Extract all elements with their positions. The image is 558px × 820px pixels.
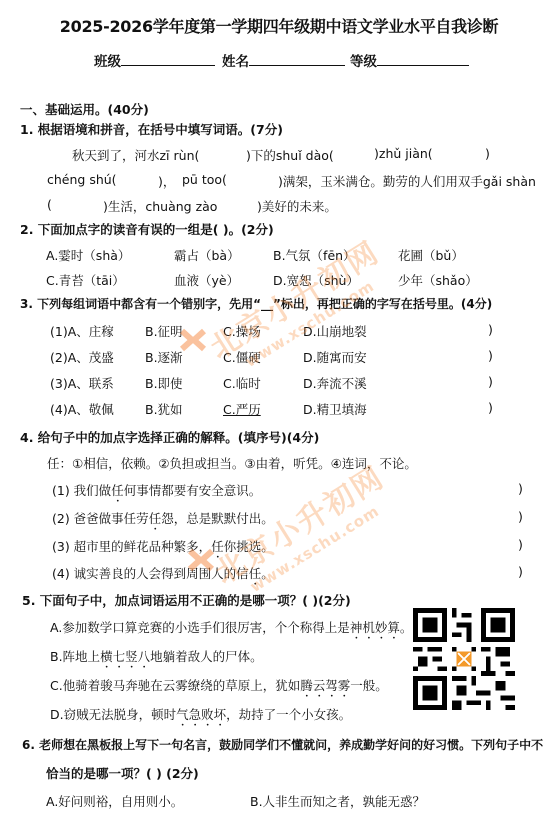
q2-option-d2: 少年（shǎo） (398, 271, 478, 289)
q4-item-3: (3) 超市里的鲜花品种繁多，任你挑选。 (52, 537, 274, 561)
q1-line1-c: )zhǔ jiàn( (374, 146, 433, 161)
q2-option-b1: B.气氛（fēn） (273, 246, 356, 264)
q1-line2-b: )， (158, 172, 175, 190)
q4-item1-pre: (1) 我们做 (52, 483, 111, 498)
q1-line2-c: pū too( (182, 172, 227, 187)
q4-item3-dotted: 任 (211, 539, 224, 554)
q3-row2-d: D.随寓而安 (303, 348, 367, 366)
q5-option-a: A.参加数学口算竞赛的小选手们很厉害，个个称得上是神机妙算。 (50, 618, 412, 642)
q3-row1-b: B.征明 (145, 322, 183, 340)
q4-item1-dotted: 任 (111, 483, 124, 498)
q3-row2-b: B.逐渐 (145, 348, 183, 366)
q4-item2-dotted: 任 (149, 511, 162, 526)
exam-page: 2025-2026学年度第一学期四年级期中语文学业水平自我诊断 班级 姓名 等级… (0, 0, 558, 820)
q4-stem: 4. 给句子中的加点字选择正确的解释。(填序号)(4分) (20, 428, 319, 446)
q4-item3-pre: (3) 超市里的鲜花品种繁多， (52, 539, 211, 554)
q3-row1-answer-paren[interactable]: ) (488, 322, 493, 337)
q5-c-post: 一般。 (350, 678, 388, 693)
q5-c-dotted: 腾云驾雾 (300, 678, 350, 693)
q5-d-post: ，劫持了一个小女孩。 (226, 707, 351, 722)
q2-option-d1: D.宽恕（shù） (273, 271, 359, 289)
grade-label: 等级 (350, 54, 377, 70)
q5-d-dotted: 气急败坏 (176, 707, 226, 722)
qr-code[interactable] (413, 608, 515, 710)
grade-blank[interactable] (377, 51, 469, 66)
q3-row4-a: (4)A、敬佩 (50, 400, 114, 418)
q3-row1-a: (1)A、庄稼 (50, 322, 114, 340)
class-blank[interactable] (121, 51, 215, 66)
q1-line3-c: )美好的未来。 (257, 197, 337, 215)
q1-line1-b: )下的shuǐ dào( (246, 146, 334, 164)
q3-row2-answer-paren[interactable]: ) (488, 348, 493, 363)
grade-field: 等级 (350, 50, 469, 70)
q3-row3-d: D.奔流不溪 (303, 374, 367, 392)
q3-row2-a: (2)A、茂盛 (50, 348, 114, 366)
name-field: 姓名 (222, 50, 345, 70)
q5-option-d: D.窃贼无法脱身，顿时气急败坏，劫持了一个小女孩。 (50, 705, 351, 729)
q4-item4-post: 。 (261, 566, 274, 581)
q4-item-4: (4) 诚实善良的人会得到周围人的信任。 (52, 564, 274, 588)
q5-d-pre: D.窃贼无法脱身，顿时 (50, 707, 176, 722)
qr-code-icon (413, 608, 515, 710)
q3-row2-c: C.僵硬 (223, 348, 261, 366)
q4-item4-pre: (4) 诚实善良的人会得到周围人的信 (52, 566, 249, 581)
q1-line2-d: )满架，玉米满仓。勤劳的人们用双手gǎi shàn (278, 172, 536, 190)
q3-row4-answer-paren[interactable]: ) (488, 400, 493, 415)
q5-a-pre: A.参加数学口算竞赛的小选手们很厉害，个个称得上是 (50, 620, 350, 635)
q3-row3-c: C.临时 (223, 374, 261, 392)
q3-row3-a: (3)A、联系 (50, 374, 114, 392)
q2-option-a1: A.霎时（shà） (46, 246, 130, 264)
q5-stem: 5. 下面句子中，加点词语运用不正确的是哪一项？( )(2分) (22, 591, 351, 609)
q2-option-b2: 花圃（bǔ） (398, 246, 464, 264)
q4-item1-post: 何事情都要有安全意识。 (124, 483, 262, 498)
q4-item2-pre: (2) 爸爸做事任劳 (52, 511, 149, 526)
q5-option-c: C.他骑着骏马奔驰在云雾缭绕的草原上，犹如腾云驾雾一般。 (50, 676, 388, 700)
name-blank[interactable] (249, 51, 345, 66)
q4-item-1: (1) 我们做任何事情都要有安全意识。 (52, 481, 261, 505)
q2-option-a2: 霸占（bà） (174, 246, 240, 264)
q1-line1-a: 秋天到了，河水zī rùn( (72, 146, 199, 164)
class-field: 班级 (94, 50, 215, 70)
q2-option-c1: C.青苔（tāi） (46, 271, 125, 289)
q1-line2-a: chéng shú( (47, 172, 117, 187)
section-heading: 一、基础运用。(40分) (20, 100, 149, 118)
q3-row4-d: D.精卫填海 (303, 400, 367, 418)
q3-row3-b: B.即使 (145, 374, 183, 392)
q4-item3-answer-paren[interactable]: ) (518, 537, 523, 552)
q5-a-dotted: 神机妙算 (350, 620, 400, 635)
q5-b-pre: B.阵地上 (50, 649, 100, 664)
exam-title: 2025-2026学年度第一学期四年级期中语文学业水平自我诊断 (0, 14, 558, 37)
q5-b-dotted: 横七竖八 (100, 649, 150, 664)
q6-option-b: B.人非生而知之者，孰能无惑？ (250, 792, 425, 810)
q6-option-a: A.好问则裕，自用则小。 (46, 792, 183, 810)
q4-item2-post: 怨，总是默默付出。 (161, 511, 274, 526)
q3-row3-answer-paren[interactable]: ) (488, 374, 493, 389)
q3-row4-c: C.严历 (223, 400, 261, 418)
q4-item4-dotted: 任 (249, 566, 262, 581)
q1-line1-d: ) (485, 146, 490, 161)
q5-c-pre: C.他骑着骏马奔驰在云雾缭绕的草原上，犹如 (50, 678, 300, 693)
q4-item1-answer-paren[interactable]: ) (518, 481, 523, 496)
q3-stem: 3. 下列每组词语中都含有一个错别字，先用“__”标出，再把正确的字写在括号里。… (20, 295, 492, 312)
q2-stem: 2. 下面加点字的读音有误的一组是( )。(2分) (20, 220, 274, 238)
q5-option-b: B.阵地上横七竖八地躺着敌人的尸体。 (50, 647, 263, 671)
class-label: 班级 (94, 54, 121, 70)
name-label: 姓名 (222, 54, 249, 70)
q4-item2-answer-paren[interactable]: ) (518, 509, 523, 524)
q5-a-post: 。 (400, 620, 413, 635)
q4-definitions: 任：①相信，依赖。②负担或担当。③由着，听凭。④连词，不论。 (47, 454, 417, 472)
q4-item3-post: 你挑选。 (224, 539, 274, 554)
q1-stem: 1. 根据语境和拼音，在括号中填写词语。(7分) (20, 120, 283, 138)
q1-line3-b: )生活，chuàng zào (103, 197, 217, 215)
q6-stem: 6. 老师想在黑板报上写下一句名言，鼓励同学们不懂就问，养成勤学好问的好习惯。下… (22, 736, 543, 753)
q3-row1-d: D.山崩地裂 (303, 322, 367, 340)
q3-row1-c: C.操场 (223, 322, 261, 340)
q1-line3-a: ( (47, 197, 52, 212)
q5-b-post: 地躺着敌人的尸体。 (150, 649, 263, 664)
q4-item-2: (2) 爸爸做事任劳任怨，总是默默付出。 (52, 509, 274, 533)
q6-stem-cont: 恰当的是哪一项？( ) (2分) (46, 764, 199, 782)
q2-option-c2: 血液（yè） (174, 271, 239, 289)
q3-row4-b: B.犹如 (145, 400, 183, 418)
q4-item4-answer-paren[interactable]: ) (518, 564, 523, 579)
